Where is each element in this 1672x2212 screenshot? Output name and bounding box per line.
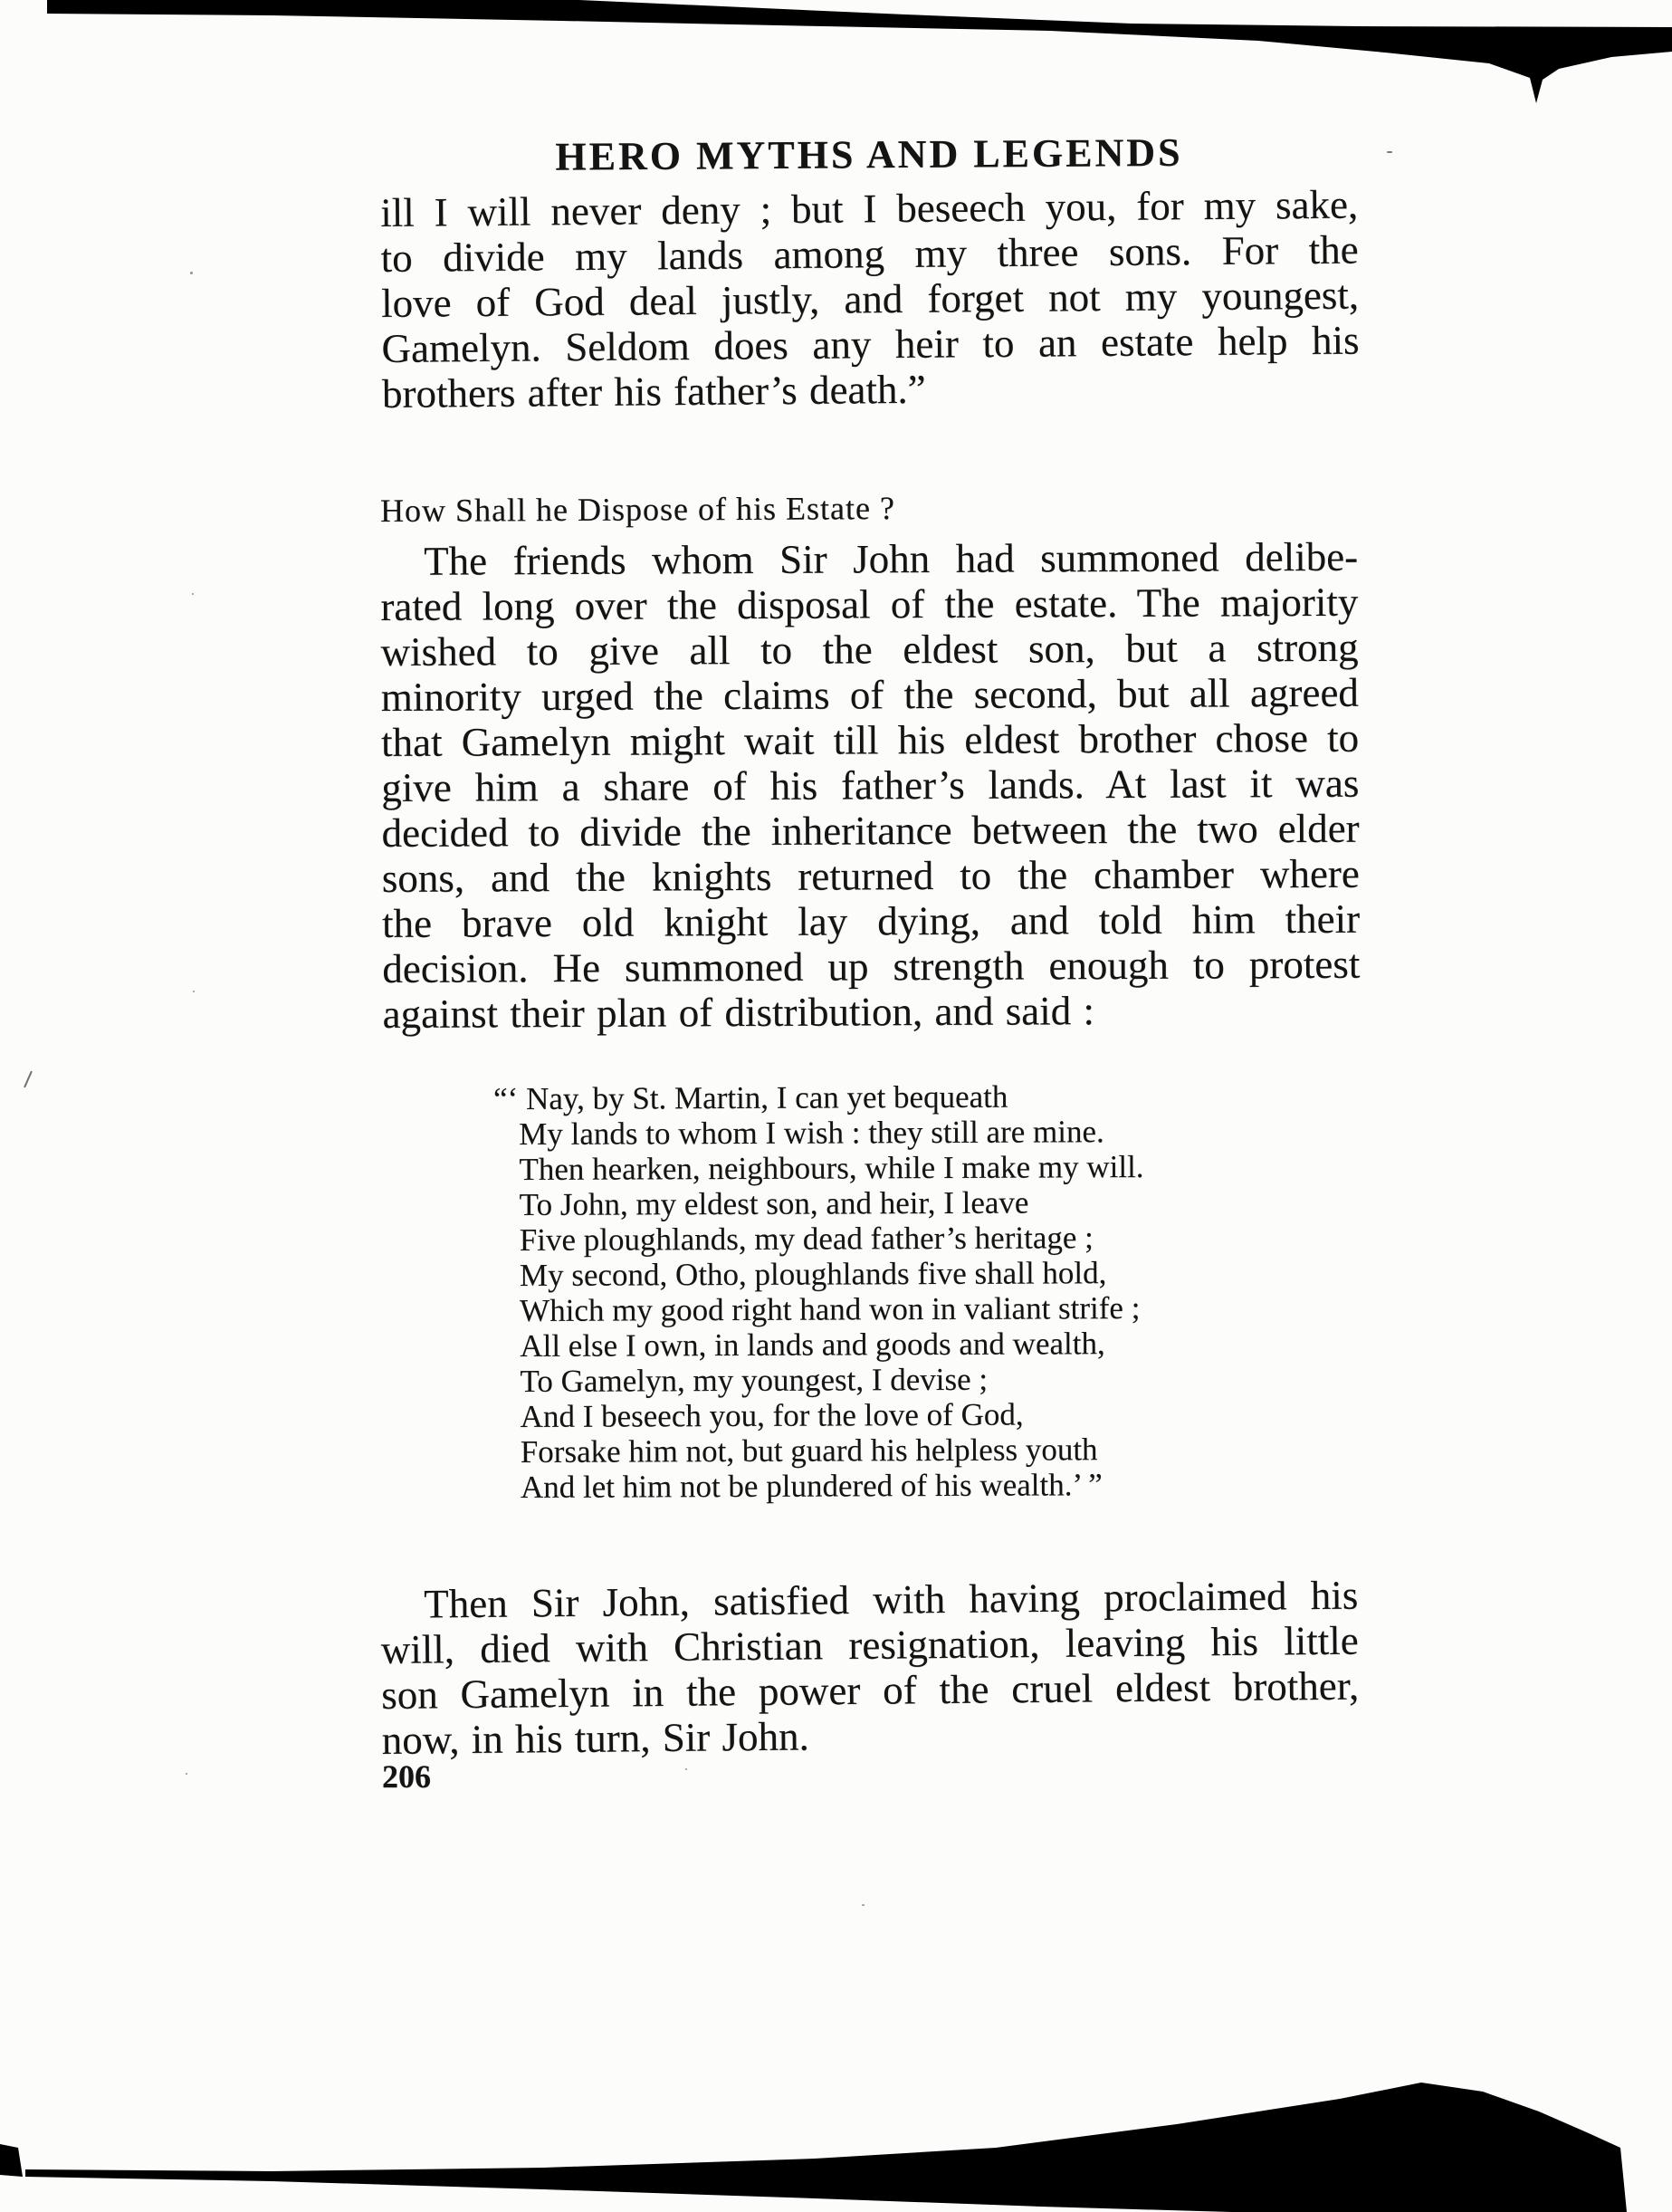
poem-line: Which my good right hand won in valiant … <box>520 1289 1334 1328</box>
text-line: now, in his turn, Sir John. <box>381 1709 1359 1763</box>
poem-line: To John, my eldest son, and heir, I leav… <box>520 1183 1334 1222</box>
text-line: rated long over the disposal of the esta… <box>380 579 1358 629</box>
poem-line: To Gamelyn, my youngest, I devise ; <box>520 1360 1334 1399</box>
verse-quotation: “‘ Nay, by St. Martin, I can yet bequeat… <box>519 1077 1335 1505</box>
book-page: HERO MYTHS AND LEGENDS ill I will never … <box>0 0 1672 2212</box>
ink-speck <box>193 991 195 992</box>
text-line: give him a share of his father’s lands. … <box>381 761 1359 810</box>
poem-line: Forsake him not, but guard his helpless … <box>521 1431 1335 1470</box>
poem-line: Five ploughlands, my dead father’s herit… <box>520 1219 1334 1258</box>
scan-edge-bottom-artifact <box>0 2064 1672 2212</box>
text-line: Gamelyn. Seldom does any heir to an esta… <box>381 318 1359 371</box>
ink-speck <box>862 1904 865 1906</box>
ink-speck <box>685 1768 687 1770</box>
poem-line: “‘ Nay, by St. Martin, I can yet bequeat… <box>493 1077 1333 1116</box>
scan-edge-top-artifact <box>0 0 1672 118</box>
ink-speck <box>192 593 194 595</box>
poem-line: Then hearken, neighbours, while I make m… <box>519 1148 1333 1187</box>
text-line: The friends whom Sir John had summoned d… <box>380 534 1358 584</box>
text-line: son Gamelyn in the power of the cruel el… <box>381 1663 1359 1718</box>
ink-speck <box>186 1773 187 1775</box>
page-number: 206 <box>382 1758 431 1795</box>
text-line: minority urged the claims of the second,… <box>381 670 1359 720</box>
text-line: decided to divide the inheritance betwee… <box>381 806 1359 856</box>
poem-line: And I beseech you, for the love of God, <box>521 1395 1335 1434</box>
text-line: that Gamelyn might wait till his eldest … <box>381 715 1359 765</box>
text-line: the brave old knight lay dying, and told… <box>382 896 1360 946</box>
paragraph-continuation: ill I will never deny ; but I beseech yo… <box>380 182 1360 417</box>
text-line: sons, and the knights returned to the ch… <box>382 851 1360 901</box>
poem-line: And let him not be plundered of his weal… <box>521 1466 1335 1505</box>
ink-speck <box>190 272 193 274</box>
text-line: brothers after his father’s death.” <box>382 363 1360 417</box>
poem-line: My lands to whom I wish : they still are… <box>519 1113 1333 1152</box>
text-line: decision. He summoned up strength enough… <box>382 942 1360 991</box>
poem-line: My second, Otho, ploughlands five shall … <box>520 1254 1334 1293</box>
text-line: against their plan of distribution, and … <box>382 987 1360 1037</box>
paragraph-conclusion: Then Sir John, satisfied with having pro… <box>380 1573 1360 1763</box>
text-line: wished to give all to the eldest son, bu… <box>380 625 1358 675</box>
section-heading: How Shall he Dispose of his Estate ? <box>380 488 895 531</box>
running-head-title: HERO MYTHS AND LEGENDS <box>380 129 1358 181</box>
poem-line: All else I own, in lands and goods and w… <box>520 1325 1334 1364</box>
margin-slash-mark <box>24 1070 33 1087</box>
ink-speck <box>1387 151 1392 153</box>
paragraph-estate-deliberation: The friends whom Sir John had summoned d… <box>380 534 1361 1037</box>
